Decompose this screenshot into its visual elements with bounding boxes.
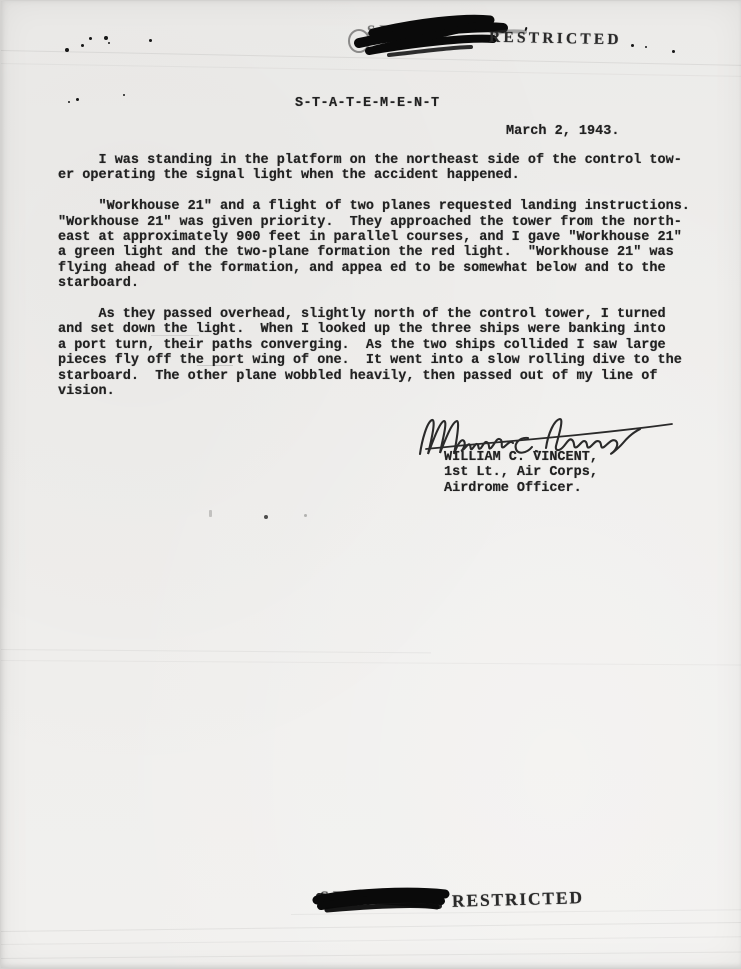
paragraph-1: I was standing in the platform on the no…: [58, 153, 690, 184]
ink-speck: [123, 94, 125, 96]
scanned-document-page: SECRET RESTRICTED S-T-A-T-E-M-E-N-T Marc…: [0, 0, 741, 969]
signature-block: WILLIAM C. VINCENT, 1st Lt., Air Corps, …: [444, 450, 598, 496]
paragraph-2: "Workhouse 21" and a flight of two plane…: [58, 199, 690, 291]
scan-artifact-line: [1, 936, 741, 945]
scan-artifact-line: [291, 909, 741, 915]
ink-speck: [104, 36, 108, 40]
scan-artifact-line: [1, 660, 741, 666]
statement-body: I was standing in the platform on the no…: [58, 153, 690, 415]
scan-artifact-line: [1, 63, 741, 77]
ink-speck: [631, 44, 634, 47]
date-line: March 2, 1943.: [506, 124, 619, 139]
redacted-secret-stamp-top: SECRET: [367, 23, 451, 40]
ink-speck: [645, 46, 647, 48]
page-title: S-T-A-T-E-M-E-N-T: [295, 96, 440, 111]
restricted-stamp-top: RESTRICTED: [489, 29, 622, 50]
ink-speck: [672, 50, 675, 53]
paragraph-3: As they passed overhead, slightly north …: [58, 307, 690, 399]
ink-speck: [149, 39, 152, 42]
redacted-secret-stamp-bottom: SECRET: [320, 889, 408, 907]
scan-artifact-line: [1, 50, 741, 66]
ink-speck: [89, 37, 92, 40]
ink-speck: [108, 42, 110, 44]
ink-speck: [68, 101, 70, 103]
restricted-stamp-bottom: RESTRICTED: [452, 887, 584, 912]
ink-speck: [304, 514, 307, 517]
ink-speck: [209, 510, 212, 517]
ink-speck: [264, 515, 268, 519]
ink-speck: [65, 48, 69, 52]
scan-artifact-line: [1, 952, 741, 959]
ink-speck: [76, 98, 79, 101]
ink-speck: [81, 44, 84, 47]
scan-artifact-line: [1, 649, 431, 653]
scan-artifact-line: [1, 922, 741, 932]
